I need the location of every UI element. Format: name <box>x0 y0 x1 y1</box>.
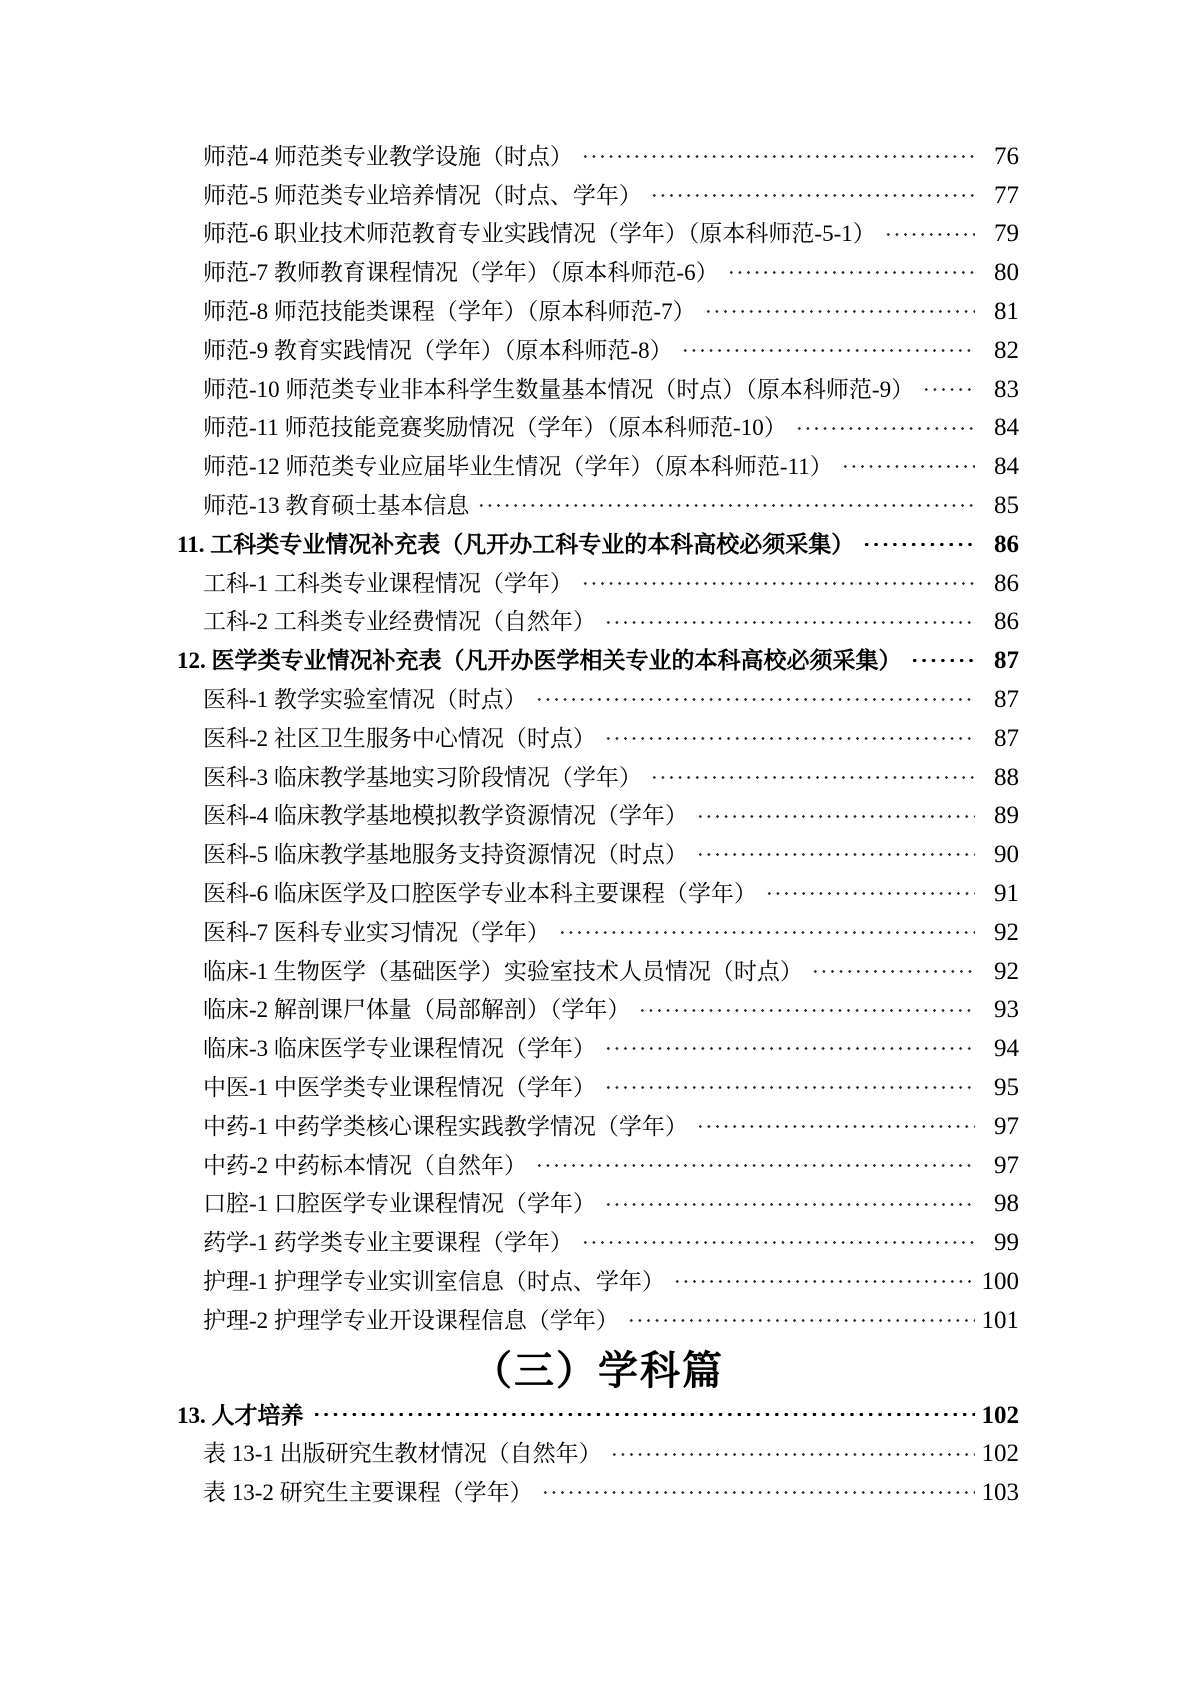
toc-entry-label: 师范-7 教师教育课程情况（学年）（原本科师范-6） <box>203 261 719 284</box>
toc-entry-label: 师范-8 师范技能类课程（学年）（原本科师范-7） <box>203 300 696 323</box>
toc-entry[interactable]: 师范-9 教育实践情况（学年）（原本科师范-8） 82 <box>177 331 1019 370</box>
dot-leader <box>535 680 975 719</box>
toc-entry-label: 师范-13 教育硕士基本信息 <box>203 494 469 517</box>
toc-entry-label: 护理-1 护理学专业实训室信息（时点、学年） <box>203 1270 665 1293</box>
dot-leader <box>604 1185 975 1224</box>
toc-entry[interactable]: 临床-1 生物医学（基础医学）实验室技术人员情况（时点） 92 <box>177 952 1019 991</box>
toc-entry-page-number: 92 <box>981 920 1019 945</box>
toc-entry-page-number: 85 <box>981 493 1019 518</box>
dot-leader <box>581 564 975 603</box>
toc-entry[interactable]: 中药-2 中药标本情况（自然年） 97 <box>177 1146 1019 1185</box>
toc-entry[interactable]: 中医-1 中医学类专业课程情况（学年） 95 <box>177 1068 1019 1107</box>
toc-entry-label: 师范-4 师范类专业教学设施（时点） <box>203 145 573 168</box>
part-heading: （三）学科篇 <box>177 1340 1019 1396</box>
toc-entry-page-number: 79 <box>981 221 1019 246</box>
toc-entry-page-number: 87 <box>981 687 1019 712</box>
dot-leader <box>696 797 975 836</box>
toc-entry-page-number: 81 <box>981 299 1019 324</box>
toc-entry-label: 医科-3 临床教学基地实习阶段情况（学年） <box>203 766 642 789</box>
toc-entry[interactable]: 师范-12 师范类专业应届毕业生情况（学年）（原本科师范-11） 84 <box>177 447 1019 486</box>
toc-entry-label: 中药-2 中药标本情况（自然年） <box>203 1154 527 1177</box>
toc-entry-page-number: 88 <box>981 765 1019 790</box>
toc-entry-page-number: 97 <box>981 1114 1019 1139</box>
toc-entry[interactable]: 师范-11 师范技能竞赛奖励情况（学年）（原本科师范-10） 84 <box>177 409 1019 448</box>
toc-entry-label: 工科-1 工科类专业课程情况（学年） <box>203 572 573 595</box>
part-heading-text: （三）学科篇 <box>472 1339 724 1396</box>
toc-entry-page-number: 103 <box>981 1480 1019 1505</box>
dot-leader <box>581 1223 975 1262</box>
dot-leader <box>765 874 975 913</box>
toc-entry-page-number: 99 <box>981 1230 1019 1255</box>
toc-entry[interactable]: 临床-3 临床医学专业课程情况（学年） 94 <box>177 1029 1019 1068</box>
toc-entry-label: 医科-1 教学实验室情况（时点） <box>203 688 527 711</box>
toc-entry-page-number: 86 <box>981 532 1019 557</box>
dot-leader <box>604 1068 975 1107</box>
toc-entry-page-number: 98 <box>981 1191 1019 1216</box>
dot-leader <box>650 758 975 797</box>
toc-entry-page-number: 94 <box>981 1036 1019 1061</box>
toc-entry-page-number: 92 <box>981 959 1019 984</box>
toc-entry-label: 临床-3 临床医学专业课程情况（学年） <box>203 1037 596 1060</box>
toc-entry[interactable]: 师范-4 师范类专业教学设施（时点） 76 <box>177 137 1019 176</box>
toc-entry[interactable]: 中药-1 中药学类核心课程实践教学情况（学年） 97 <box>177 1107 1019 1146</box>
toc-entry-page-number: 77 <box>981 183 1019 208</box>
toc-entry[interactable]: 师范-6 职业技术师范教育专业实践情况（学年）（原本科师范-5-1） 79 <box>177 215 1019 254</box>
toc-entry-page-number: 91 <box>981 881 1019 906</box>
dot-leader <box>681 331 975 370</box>
dot-leader <box>604 603 975 642</box>
toc-entry-page-number: 93 <box>981 997 1019 1022</box>
dot-leader <box>910 641 976 680</box>
dot-leader <box>535 1146 975 1185</box>
toc-entry-label: 医科-2 社区卫生服务中心情况（时点） <box>203 727 596 750</box>
toc-entry[interactable]: 医科-1 教学实验室情况（时点） 87 <box>177 680 1019 719</box>
toc-entry-label: 师范-9 教育实践情况（学年）（原本科师范-8） <box>203 339 673 362</box>
toc-entry[interactable]: 师范-13 教育硕士基本信息 85 <box>177 486 1019 525</box>
toc-entry[interactable]: 12. 医学类专业情况补充表（凡开办医学相关专业的本科高校必须采集） 87 <box>177 641 1019 680</box>
toc-entry-page-number: 84 <box>981 415 1019 440</box>
dot-leader <box>696 1107 975 1146</box>
dot-leader <box>610 1435 975 1474</box>
toc-entry[interactable]: 医科-6 临床医学及口腔医学专业本科主要课程（学年） 91 <box>177 874 1019 913</box>
toc-entry-label: 医科-4 临床教学基地模拟教学资源情况（学年） <box>203 804 688 827</box>
toc-entry-page-number: 100 <box>981 1269 1019 1294</box>
toc-entry-label: 临床-1 生物医学（基础医学）实验室技术人员情况（时点） <box>203 960 803 983</box>
toc-entry-label: 表 13-2 研究生主要课程（学年） <box>203 1481 533 1504</box>
toc-entry-label: 13. 人才培养 <box>177 1404 304 1427</box>
toc-entry[interactable]: 师范-8 师范技能类课程（学年）（原本科师范-7） 81 <box>177 292 1019 331</box>
toc-entry-page-number: 90 <box>981 842 1019 867</box>
dot-leader <box>841 447 975 486</box>
dot-leader <box>581 137 975 176</box>
dot-leader <box>312 1396 976 1435</box>
toc-entry-page-number: 87 <box>981 726 1019 751</box>
dot-leader <box>541 1473 975 1512</box>
dot-leader <box>604 719 975 758</box>
toc-entry-label: 12. 医学类专业情况补充表（凡开办医学相关专业的本科高校必须采集） <box>177 649 902 672</box>
toc-entry[interactable]: 医科-4 临床教学基地模拟教学资源情况（学年） 89 <box>177 797 1019 836</box>
toc-entry-label: 师范-12 师范类专业应届毕业生情况（学年）（原本科师范-11） <box>203 455 833 478</box>
toc-entry[interactable]: 护理-1 护理学专业实训室信息（时点、学年） 100 <box>177 1262 1019 1301</box>
toc-entry-label: 医科-5 临床教学基地服务支持资源情况（时点） <box>203 843 688 866</box>
toc-entry[interactable]: 医科-3 临床教学基地实习阶段情况（学年） 88 <box>177 758 1019 797</box>
toc-entry-page-number: 82 <box>981 338 1019 363</box>
dot-leader <box>558 913 975 952</box>
toc-entry-page-number: 84 <box>981 454 1019 479</box>
toc-entry-page-number: 86 <box>981 609 1019 634</box>
toc-entry-page-number: 86 <box>981 571 1019 596</box>
toc-entry-label: 临床-2 解剖课尸体量（局部解剖）（学年） <box>203 998 630 1021</box>
dot-leader <box>627 1301 975 1340</box>
toc-entry-label: 护理-2 护理学专业开设课程信息（学年） <box>203 1309 619 1332</box>
dot-leader <box>727 253 975 292</box>
toc-entry[interactable]: 医科-2 社区卫生服务中心情况（时点） 87 <box>177 719 1019 758</box>
toc-entry[interactable]: 医科-5 临床教学基地服务支持资源情况（时点） 90 <box>177 835 1019 874</box>
toc-entry-label: 师范-6 职业技术师范教育专业实践情况（学年）（原本科师范-5-1） <box>203 222 876 245</box>
toc-entry-page-number: 89 <box>981 803 1019 828</box>
toc-entry-page-number: 83 <box>981 377 1019 402</box>
toc-entry[interactable]: 临床-2 解剖课尸体量（局部解剖）（学年） 93 <box>177 991 1019 1030</box>
toc-entry[interactable]: 13. 人才培养 102 <box>177 1396 1019 1435</box>
dot-leader <box>884 215 975 254</box>
dot-leader <box>477 486 975 525</box>
toc-entry-page-number: 95 <box>981 1075 1019 1100</box>
toc-entry-page-number: 102 <box>981 1441 1019 1466</box>
document-page: 师范-4 师范类专业教学设施（时点） 76 师范-5 师范类专业培养情况（时点、… <box>0 0 1191 1684</box>
toc-entry[interactable]: 工科-1 工科类专业课程情况（学年） 86 <box>177 564 1019 603</box>
dot-leader <box>696 835 975 874</box>
toc-entry[interactable]: 11. 工科类专业情况补充表（凡开办工科专业的本科高校必须采集） 86 <box>177 525 1019 564</box>
toc-entry[interactable]: 口腔-1 口腔医学专业课程情况（学年） 98 <box>177 1185 1019 1224</box>
toc-entry-label: 师范-11 师范技能竞赛奖励情况（学年）（原本科师范-10） <box>203 416 787 439</box>
toc-entry-page-number: 76 <box>981 144 1019 169</box>
toc-entry-label: 师范-5 师范类专业培养情况（时点、学年） <box>203 184 642 207</box>
toc-entry-page-number: 97 <box>981 1153 1019 1178</box>
toc-entry-label: 表 13-1 出版研究生教材情况（自然年） <box>203 1442 602 1465</box>
toc-entry-label: 11. 工科类专业情况补充表（凡开办工科专业的本科高校必须采集） <box>177 533 854 556</box>
toc-entry-label: 师范-10 师范类专业非本科学生数量基本情况（时点）（原本科师范-9） <box>203 378 914 401</box>
dot-leader <box>795 409 975 448</box>
toc-entry[interactable]: 表 13-1 出版研究生教材情况（自然年） 102 <box>177 1435 1019 1474</box>
toc-entry-page-number: 80 <box>981 260 1019 285</box>
toc-entry-label: 中药-1 中药学类核心课程实践教学情况（学年） <box>203 1115 688 1138</box>
toc-entry[interactable]: 医科-7 医科专业实习情况（学年） 92 <box>177 913 1019 952</box>
dot-leader <box>704 292 975 331</box>
toc-entry-label: 药学-1 药学类专业主要课程（学年） <box>203 1231 573 1254</box>
toc-entry[interactable]: 药学-1 药学类专业主要课程（学年） 99 <box>177 1223 1019 1262</box>
toc-entry[interactable]: 工科-2 工科类专业经费情况（自然年） 86 <box>177 603 1019 642</box>
toc-entry-label: 中医-1 中医学类专业课程情况（学年） <box>203 1076 596 1099</box>
toc-entry-page-number: 87 <box>981 648 1019 673</box>
toc-entry[interactable]: 师范-10 师范类专业非本科学生数量基本情况（时点）（原本科师范-9） 83 <box>177 370 1019 409</box>
dot-leader <box>604 1029 975 1068</box>
dot-leader <box>922 370 975 409</box>
toc-entry-label: 医科-6 临床医学及口腔医学专业本科主要课程（学年） <box>203 882 757 905</box>
toc-entry-label: 工科-2 工科类专业经费情况（自然年） <box>203 610 596 633</box>
dot-leader <box>811 952 975 991</box>
toc-entry[interactable]: 表 13-2 研究生主要课程（学年） 103 <box>177 1473 1019 1512</box>
dot-leader <box>650 176 975 215</box>
toc-entry[interactable]: 师范-7 教师教育课程情况（学年）（原本科师范-6） 80 <box>177 253 1019 292</box>
toc-entry[interactable]: 护理-2 护理学专业开设课程信息（学年） 101 <box>177 1301 1019 1340</box>
dot-leader <box>862 525 975 564</box>
dot-leader <box>673 1262 975 1301</box>
dot-leader <box>638 991 975 1030</box>
toc-entry-page-number: 102 <box>981 1403 1019 1428</box>
toc-entry-label: 医科-7 医科专业实习情况（学年） <box>203 921 550 944</box>
toc-entry-label: 口腔-1 口腔医学专业课程情况（学年） <box>203 1192 596 1215</box>
table-of-contents: 师范-4 师范类专业教学设施（时点） 76 师范-5 师范类专业培养情况（时点、… <box>177 137 1019 1512</box>
toc-entry-page-number: 101 <box>981 1308 1019 1333</box>
toc-entry[interactable]: 师范-5 师范类专业培养情况（时点、学年） 77 <box>177 176 1019 215</box>
